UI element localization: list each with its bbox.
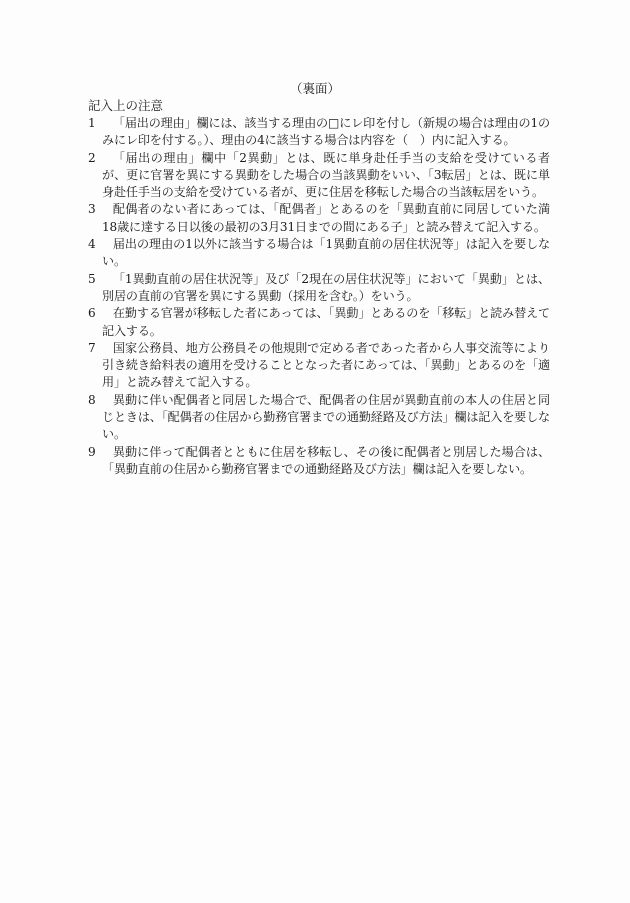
note-text: 異動に伴って配偶者とともに住居を移転し、その後に配偶者と別居した場合は、「異動直… <box>96 444 550 479</box>
note-item-2: 2 「届出の理由」欄中「2異動」とは、既に単身赴任手当の支給を受けている者が、更… <box>88 150 550 202</box>
note-text: 配偶者のない者にあっては、「配偶者」とあるのを「異動直前に同居していた満18歳に… <box>96 201 550 236</box>
note-item-7: 7 国家公務員、地方公務員その他規則で定める者であった者から人事交流等により引き… <box>88 340 550 392</box>
page-side-label: （裏面） <box>0 80 630 97</box>
note-item-4: 4 届出の理由の1以外に該当する場合は「1異動直前の居住状況等」は記入を要しない… <box>88 236 550 271</box>
notes-heading: 記入上の注意 <box>88 97 163 114</box>
note-item-9: 9 異動に伴って配偶者とともに住居を移転し、その後に配偶者と別居した場合は、「異… <box>88 444 550 479</box>
note-text: 異動に伴い配偶者と同居した場合で、配偶者の住居が異動直前の本人の住居と同じときは… <box>96 392 550 444</box>
note-item-5: 5 「1異動直前の居住状況等」及び「2現在の居住状況等」において「異動」とは、別… <box>88 271 550 306</box>
note-text: 「1異動直前の居住状況等」及び「2現在の居住状況等」において「異動」とは、別居の… <box>96 271 550 306</box>
note-text: 在勤する官署が移転した者にあっては、「異動」とあるのを「移転」と読み替えて記入す… <box>96 305 550 340</box>
note-item-6: 6 在勤する官署が移転した者にあっては、「異動」とあるのを「移転」と読み替えて記… <box>88 305 550 340</box>
notes-list: 1 「届出の理由」欄には、該当する理由の□にレ印を付し（新規の場合は理由の1のみ… <box>88 115 550 478</box>
note-text: 「届出の理由」欄には、該当する理由の□にレ印を付し（新規の場合は理由の1のみにレ… <box>96 115 550 150</box>
note-text: 届出の理由の1以外に該当する場合は「1異動直前の居住状況等」は記入を要しない。 <box>96 236 550 271</box>
note-item-8: 8 異動に伴い配偶者と同居した場合で、配偶者の住居が異動直前の本人の住居と同じと… <box>88 392 550 444</box>
note-text: 「届出の理由」欄中「2異動」とは、既に単身赴任手当の支給を受けている者が、更に官… <box>96 150 550 202</box>
note-item-3: 3 配偶者のない者にあっては、「配偶者」とあるのを「異動直前に同居していた満18… <box>88 201 550 236</box>
note-text: 国家公務員、地方公務員その他規則で定める者であった者から人事交流等により引き続き… <box>96 340 550 392</box>
note-item-1: 1 「届出の理由」欄には、該当する理由の□にレ印を付し（新規の場合は理由の1のみ… <box>88 115 550 150</box>
